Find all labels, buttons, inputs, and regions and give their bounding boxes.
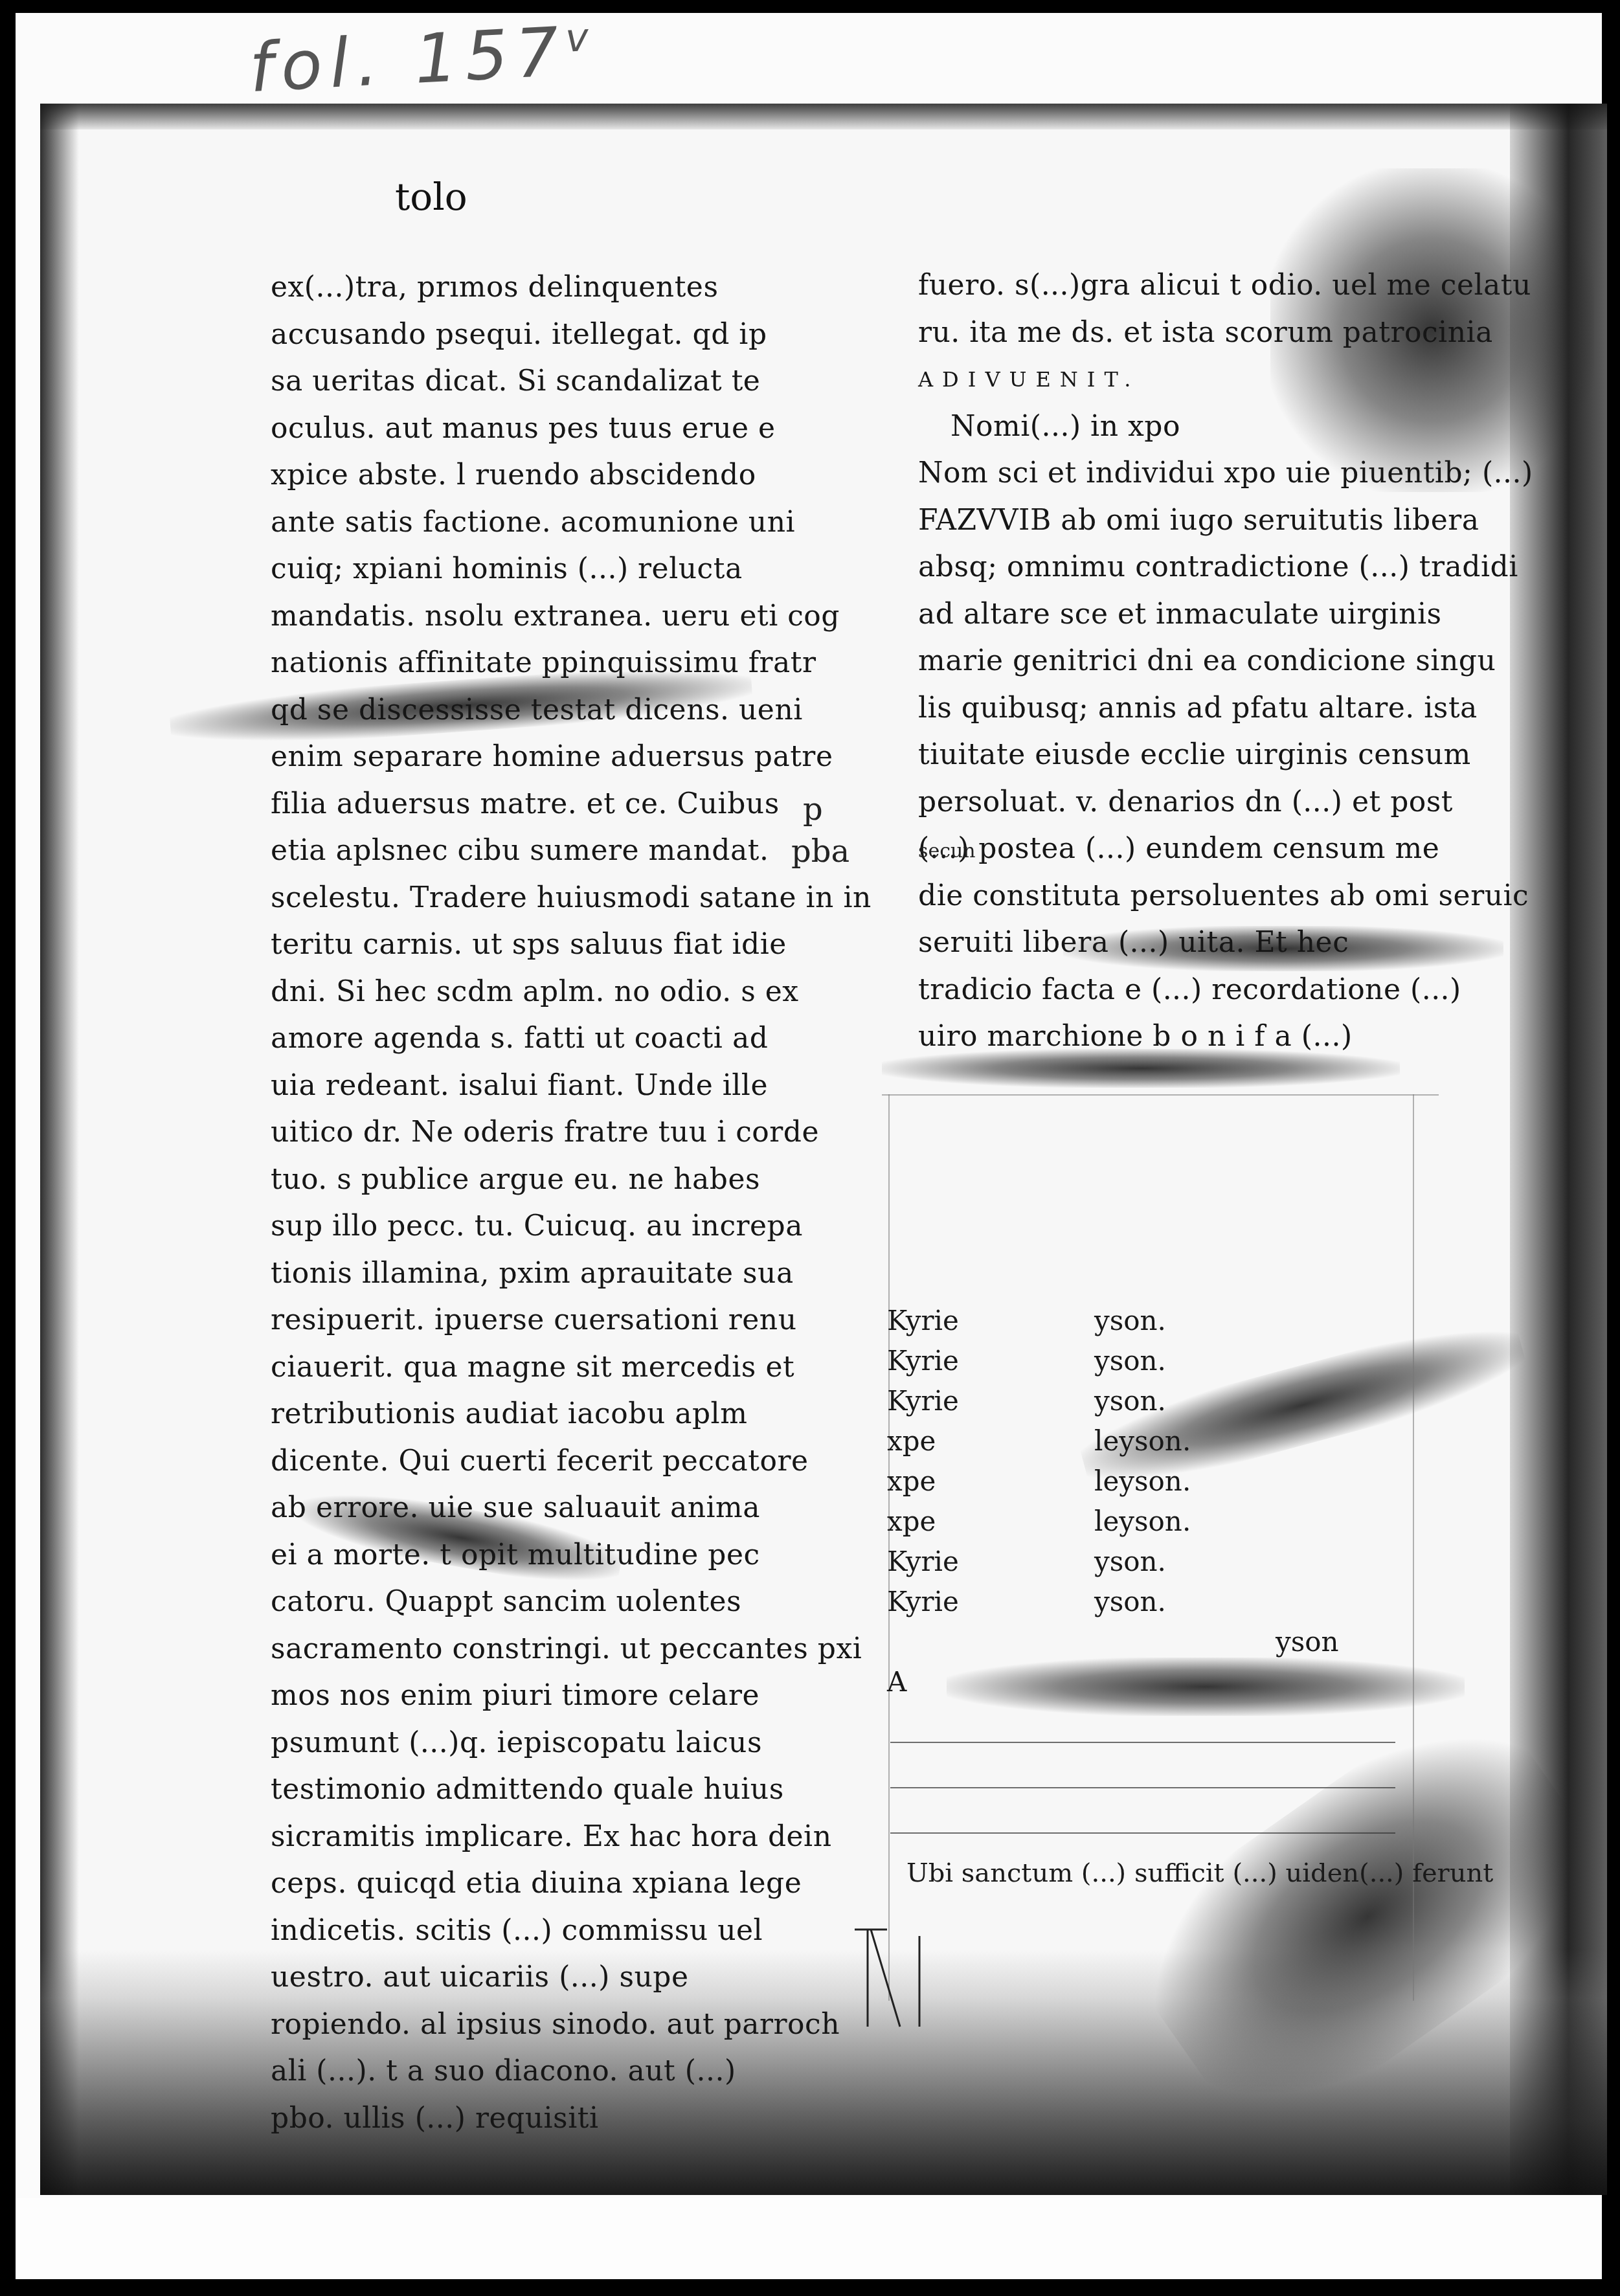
text-line: filia aduersus matre. et ce. Cuibus	[271, 781, 763, 828]
litany-row: Kyrieyson.	[887, 1586, 1444, 1626]
text-line: uestro. aut uicariis (...) supe	[271, 1954, 763, 2001]
litany-response: leyson.	[1094, 1465, 1191, 1497]
text-line: accusando psequi. itellegat. qd ip	[271, 311, 763, 359]
sketch-drawing	[842, 1923, 1036, 2053]
folio-side: v	[565, 14, 598, 61]
text-line: sup illo pecc. tu. Cuicuq. au increpa	[271, 1203, 763, 1250]
litany-row: A	[887, 1666, 1444, 1706]
litany-invocation: Kyrie	[887, 1586, 959, 1617]
text-line: dni. Si hec scdm aplm. no odio. s ex	[271, 969, 763, 1016]
ruling-line	[890, 1832, 1395, 1834]
litany-invocation: Kyrie	[887, 1305, 959, 1336]
sheet-bottom-margin	[16, 2198, 1602, 2279]
ruling-line	[890, 1787, 1395, 1788]
litany-response: yson.	[1094, 1305, 1166, 1336]
interlinear-gloss: secun	[918, 832, 976, 871]
text-line: qd se discessisse testat dicens. ueni	[271, 687, 763, 734]
litany-row: xpeleyson.	[887, 1465, 1444, 1505]
running-heading: tolo	[395, 175, 467, 219]
text-line: cuiq; xpiani hominis (...) relucta	[271, 546, 763, 593]
text-line: tradicio facta e (...) recordatione (...…	[918, 967, 1449, 1014]
text-line: ad altare sce et inmaculate uirginis	[918, 591, 1449, 638]
text-line: uitico dr. Ne oderis fratre tuu i corde	[271, 1109, 763, 1156]
ruling-line	[882, 1094, 1439, 1096]
text-line: oculus. aut manus pes tuus erue e	[271, 405, 763, 453]
text-line: die constituta persoluentes ab omi serui…	[918, 873, 1449, 920]
right-text-column: fuero. s(...)gra alicui t odio. uel me c…	[918, 262, 1449, 1061]
text-line: pbo. ullis (...) requisiti	[271, 2095, 763, 2143]
litany-response: yson.	[1094, 1345, 1166, 1377]
text-line: uiro marchione b o n i f a (...)	[918, 1013, 1449, 1061]
text-line: (...) postea (...) eundem censum me	[918, 826, 1449, 873]
margin-note-pba: pba	[791, 832, 849, 871]
text-line: mandatis. nsolu extranea. ueru eti cog	[271, 593, 763, 640]
text-line: etia aplsnec cibu sumere mandat.	[271, 827, 763, 875]
litany-row: xpeleyson.	[887, 1425, 1444, 1465]
text-line: testimonio admittendo quale huius	[271, 1766, 763, 1814]
litany-response: leyson.	[1094, 1505, 1191, 1537]
text-line: ante satis factione. acomunione uni	[271, 499, 763, 546]
text-line: ru. ita me ds. et ista scorum patrocinia	[918, 310, 1449, 357]
litany-invocation: Kyrie	[887, 1546, 959, 1577]
text-line: tionis illamina, pxim aprauitate sua	[271, 1250, 763, 1298]
ruling-line	[890, 1742, 1395, 1743]
text-line: dicente. Qui cuerti fecerit peccatore	[271, 1438, 763, 1485]
text-line: xpice abste. l ruendo abscidendo	[271, 452, 763, 499]
text-line: psumunt (...)q. iepiscopatu laicus	[271, 1720, 763, 1767]
litany-row: xpeleyson.	[887, 1505, 1444, 1546]
text-line: resipuerit. ipuerse cuersationi renu	[271, 1297, 763, 1344]
litany-invocation: xpe	[887, 1505, 936, 1537]
litany-invocation: xpe	[887, 1465, 936, 1497]
text-line: FAZVVIB ab omi iugo seruitutis libera	[918, 497, 1449, 545]
text-line: persoluat. v. denarios dn (...) et post	[918, 779, 1449, 826]
litany-invocation: Kyrie	[887, 1385, 959, 1417]
text-line: tiuitate eiusde ecclie uirginis censum	[918, 732, 1449, 779]
text-line: seruiti libera (...) uita. Et hec	[918, 919, 1449, 967]
text-line: sacramento constringi. ut peccantes pxi	[271, 1626, 763, 1673]
text-line: sicramitis implicare. Ex hac hora dein	[271, 1814, 763, 1861]
text-line: indicetis. scitis (...) commissu uel	[271, 1908, 763, 1955]
text-line: marie genitrici dni ea condicione singu	[918, 638, 1449, 685]
litany-row: Kyrieyson.	[887, 1385, 1444, 1425]
text-line: uia redeant. isalui fiant. Unde ille	[271, 1063, 763, 1110]
text-line: ropiendo. al ipsius sinodo. aut parroch	[271, 2001, 763, 2049]
text-line: ali (...). t a suo diacono. aut (...)	[271, 2048, 763, 2095]
litany-capital: A	[887, 1666, 906, 1698]
litany-response: yson.	[1094, 1586, 1166, 1617]
litany-response: yson.	[1094, 1385, 1166, 1417]
page-edge-left	[40, 104, 79, 2195]
text-line: teritu carnis. ut sps saluus fiat idie	[271, 921, 763, 969]
text-line: tuo. s publice argue eu. ne habes	[271, 1156, 763, 1204]
margin-note-p: p	[803, 790, 823, 829]
litany-response: leyson.	[1094, 1425, 1191, 1457]
text-line: mos nos enim piuri timore celare	[271, 1672, 763, 1720]
page-edge-top	[40, 104, 1607, 129]
text-line: enim separare homine aduersus patre	[271, 734, 763, 781]
litany-row: yson	[887, 1626, 1444, 1666]
closing-text-line: Ubi sanctum (...) sufficit (...) uiden(.…	[906, 1858, 1493, 1888]
text-line: lis quibusq; annis ad pfatu altare. ista	[918, 685, 1449, 732]
rubric-heading: ADIVUENIT.	[918, 356, 1449, 403]
text-line: ceps. quicqd etia diuina xpiana lege	[271, 1860, 763, 1908]
left-text-column: ex(...)tra, prımos delinquentes accusand…	[271, 264, 763, 2142]
text-line: sa ueritas dicat. Si scandalizat te	[271, 358, 763, 405]
text-line: Nom sci et individui xpo uie piuentib; (…	[918, 450, 1449, 497]
text-line: fuero. s(...)gra alicui t odio. uel me c…	[918, 262, 1449, 310]
litany-row: Kyrieyson.	[887, 1345, 1444, 1385]
text-line: catoru. Quappt sancim uolentes	[271, 1579, 763, 1626]
text-line: ciauerit. qua magne sit mercedis et	[271, 1344, 763, 1391]
litany-invocation: Kyrie	[887, 1345, 959, 1377]
text-line: amore agenda s. fatti ut coacti ad	[271, 1015, 763, 1063]
text-line: absq; omnimu contradictione (...) tradid…	[918, 544, 1449, 591]
text-line: scelestu. Tradere huiusmodi satane in in	[271, 875, 763, 922]
text-line: retributionis audiat iacobu aplm	[271, 1391, 763, 1438]
litany-invocation: xpe	[887, 1425, 936, 1457]
litany-row: Kyrieyson.	[887, 1546, 1444, 1586]
kyrie-litany-neumes: Kyrieyson. Kyrieyson. Kyrieyson. xpeleys…	[887, 1305, 1444, 1706]
folio-number: fol. 157	[247, 12, 568, 107]
litany-row: Kyrieyson.	[887, 1305, 1444, 1345]
text-line: ab errore. uie sue saluauit anima	[271, 1485, 763, 1532]
text-line: nationis affinitate ppinquissimu fratr	[271, 640, 763, 687]
text-line: ei a morte. t opit multitudine pec	[271, 1532, 763, 1579]
text-line: Nomi(...) in xpo	[918, 403, 1449, 451]
litany-response: yson	[1276, 1626, 1339, 1658]
litany-response: yson.	[1094, 1546, 1166, 1577]
text-line: ex(...)tra, prımos delinquentes	[271, 264, 763, 311]
